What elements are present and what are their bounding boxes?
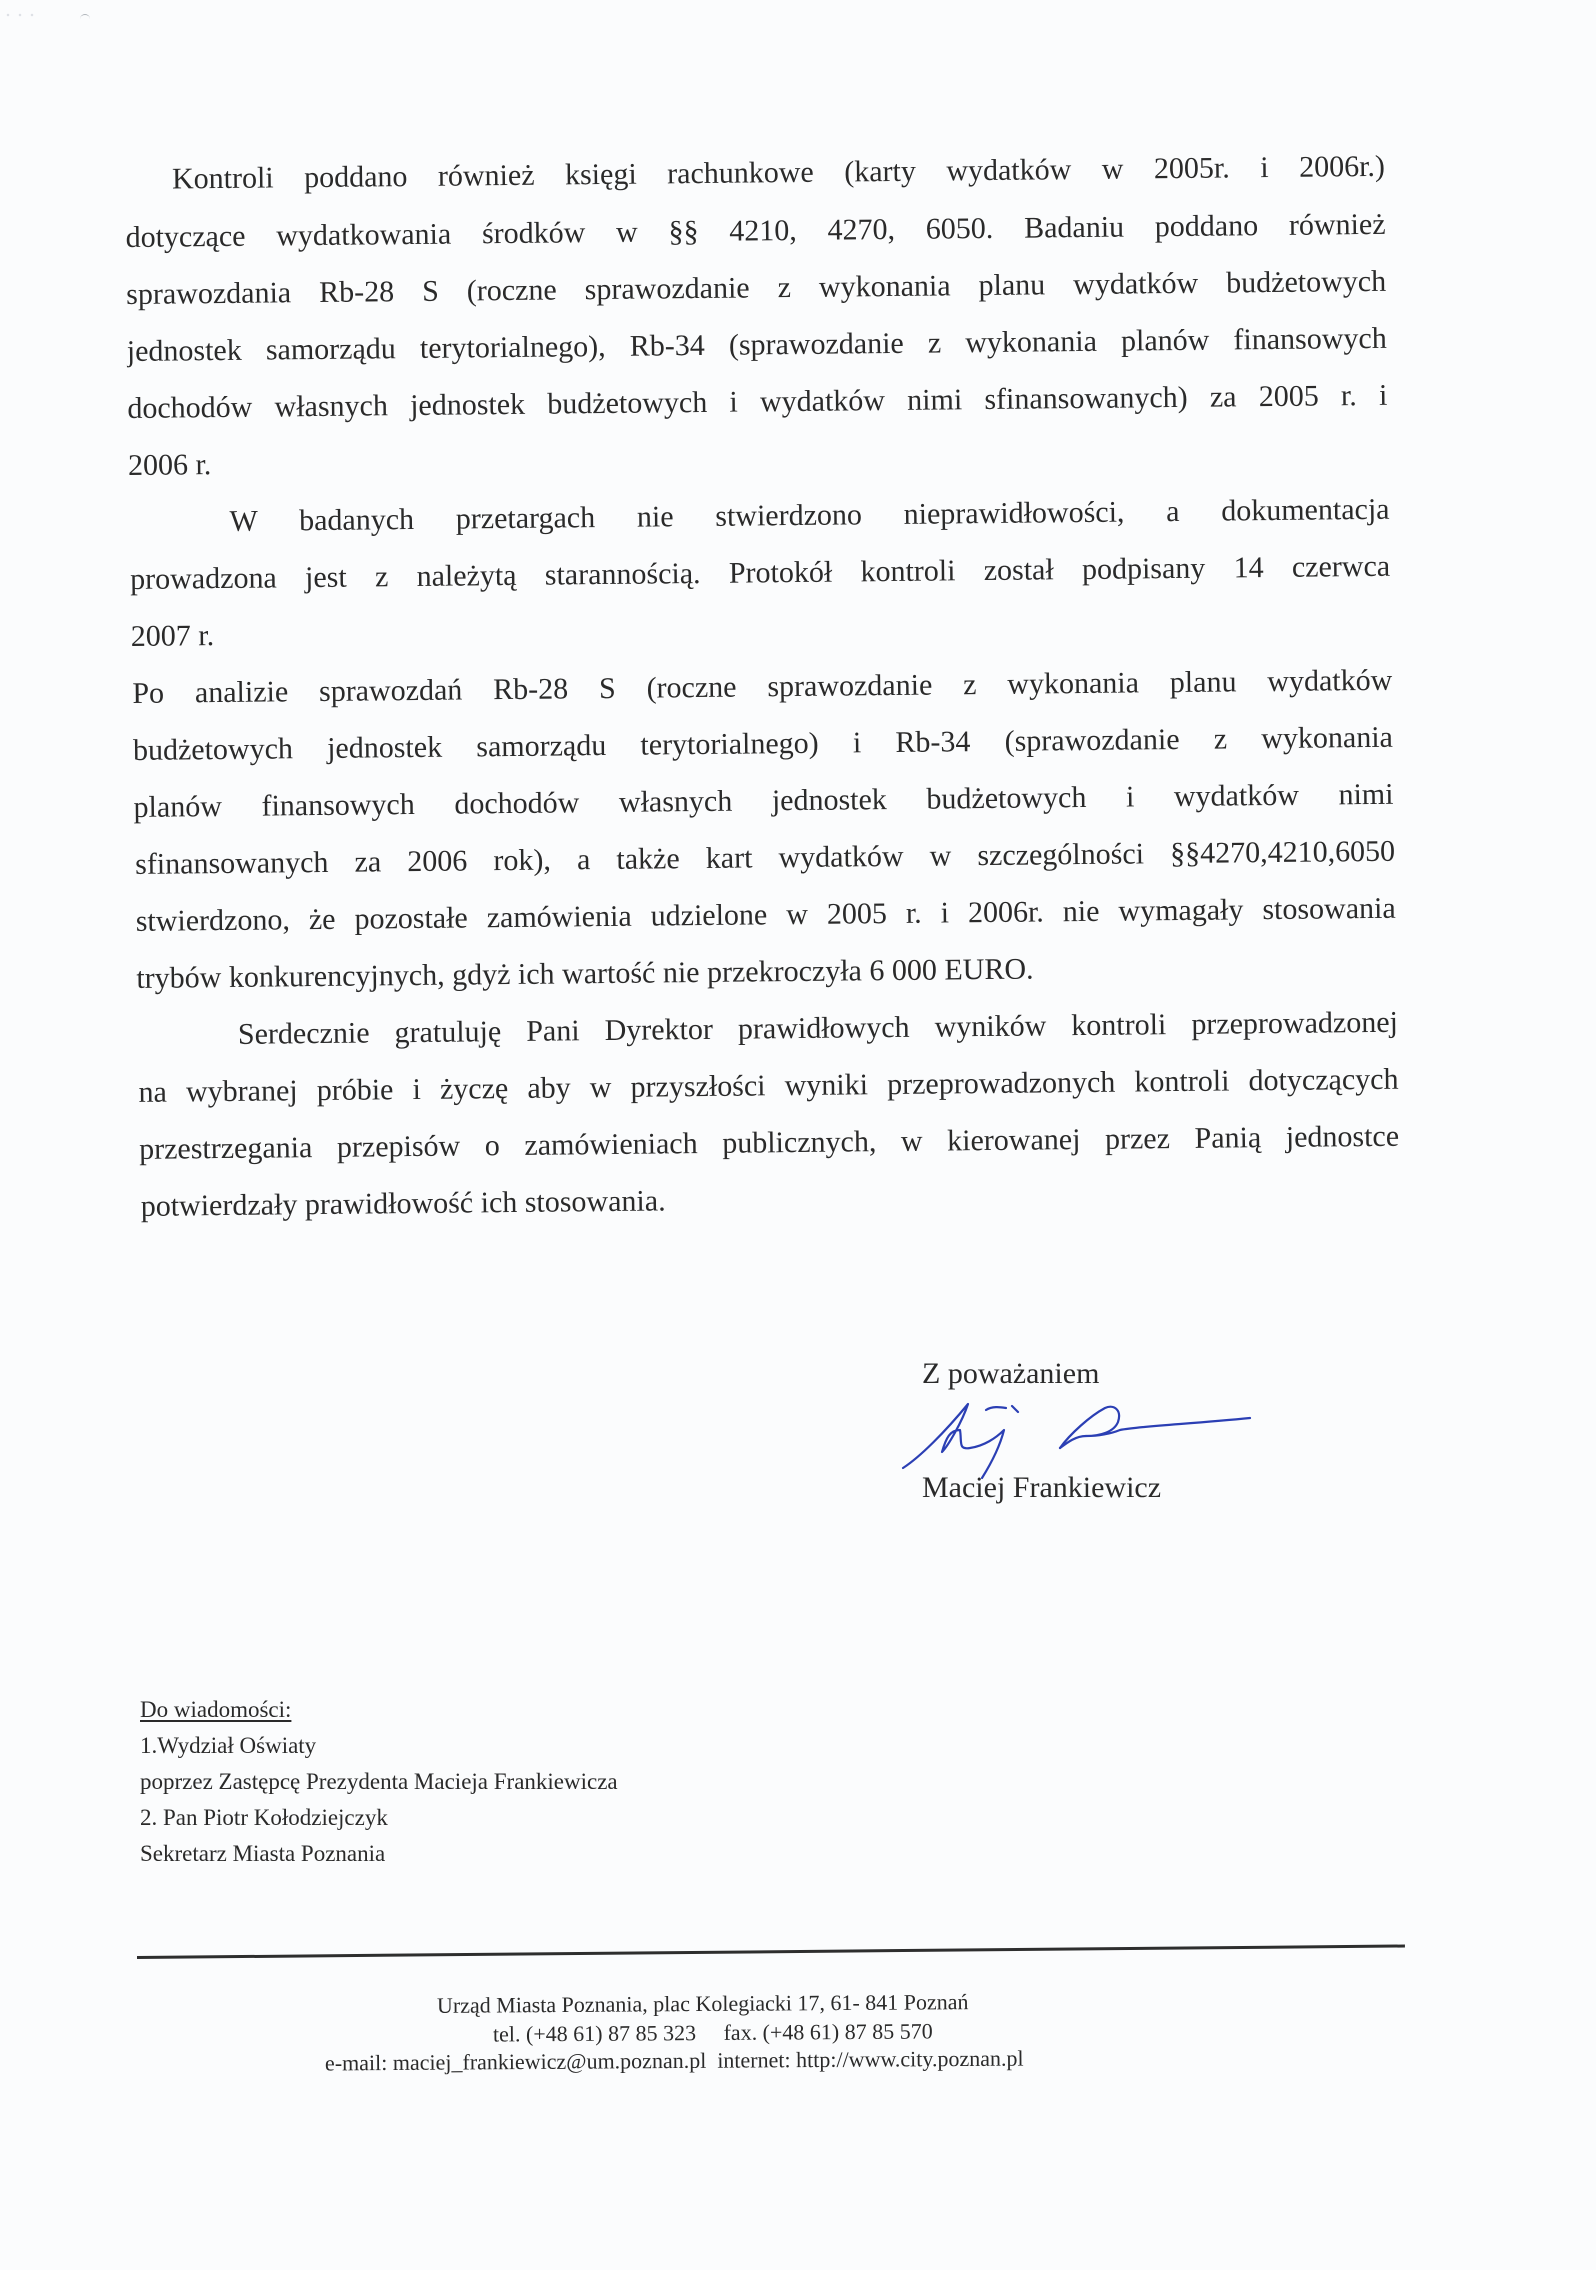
cc-line: Sekretarz Miasta Poznania xyxy=(140,1836,618,1872)
salutation: Z poważaniem xyxy=(922,1356,1099,1392)
body-line: dotyczące wydatkowania środków w §§ 4210… xyxy=(125,207,1385,256)
signer-name: Maciej Frankiewicz xyxy=(922,1470,1161,1506)
body-line: planów finansowych dochodów własnych jed… xyxy=(133,777,1393,826)
body-line: 2006 r. xyxy=(128,447,212,484)
body-line: W badanych przetargach nie stwierdzono n… xyxy=(229,492,1389,540)
body-line: budżetowych jednostek samorządu terytori… xyxy=(133,720,1393,769)
footer-address: Urząd Miasta Poznania, plac Kolegiacki 1… xyxy=(437,1988,969,2020)
cc-heading: Do wiadomości: xyxy=(140,1692,618,1728)
body-line: prowadzona jest z należytą starannością.… xyxy=(130,549,1390,598)
body-line: Serdecznie gratuluję Pani Dyrektor prawi… xyxy=(238,1005,1398,1053)
body-line: sfinansowanych za 2006 rok), a także kar… xyxy=(135,834,1395,883)
body-line: potwierdzały prawidłowość ich stosowania… xyxy=(141,1183,666,1224)
body-line: sprawozdania Rb-28 S (roczne sprawozdani… xyxy=(126,264,1386,313)
body-line: na wybranej próbie i życzę aby w przyszł… xyxy=(138,1062,1398,1111)
body-line: 2007 r. xyxy=(131,618,215,655)
cc-line: 1.Wydział Oświaty xyxy=(140,1728,618,1764)
footer-contact: e-mail: maciej_frankiewicz@um.poznan.pl … xyxy=(325,2045,1024,2078)
body-line: dochodów własnych jednostek budżetowych … xyxy=(127,378,1387,427)
cc-list: Do wiadomości: 1.Wydział Oświaty poprzez… xyxy=(140,1692,618,1872)
letter-page: Kontroli poddano również księgi rachunko… xyxy=(0,0,1596,2270)
body-line: Kontroli poddano również księgi rachunko… xyxy=(172,149,1385,198)
cc-line: poprzez Zastępcę Prezydenta Macieja Fran… xyxy=(140,1764,618,1800)
body-line: jednostek samorządu terytorialnego), Rb-… xyxy=(127,321,1387,370)
cc-line: 2. Pan Piotr Kołodziejczyk xyxy=(140,1800,618,1836)
footer-divider xyxy=(137,1944,1405,1959)
body-line: stwierdzono, że pozostałe zamówienia udz… xyxy=(136,891,1396,940)
handwritten-signature-icon xyxy=(900,1402,1260,1480)
body-line: trybów konkurencyjnych, gdyż ich wartość… xyxy=(136,952,1034,997)
footer-phones: tel. (+48 61) 87 85 323 fax. (+48 61) 87… xyxy=(493,2017,933,2048)
body-line: przestrzegania przepisów o zamówieniach … xyxy=(139,1119,1399,1168)
body-line: Po analizie sprawozdań Rb-28 S (roczne s… xyxy=(132,663,1392,712)
letter-body: Kontroli poddano również księgi rachunko… xyxy=(0,0,1596,1261)
